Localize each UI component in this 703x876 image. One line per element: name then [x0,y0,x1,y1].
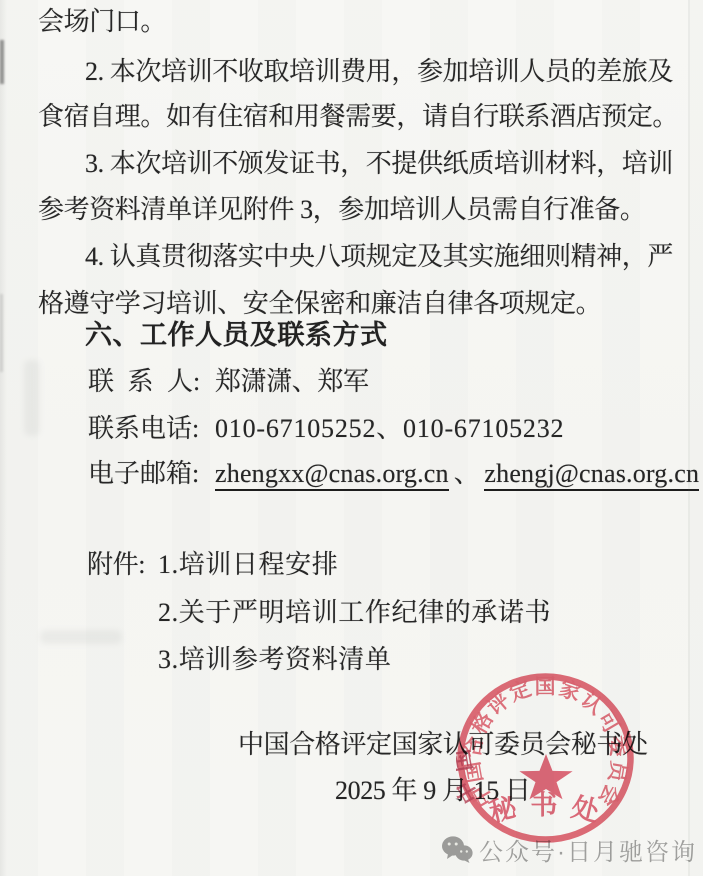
paragraph-line: 3. 本次培训不颁发证书，不提供纸质培训材料，培训 [85,148,673,180]
seal-bottom-text: 秘书处 [486,790,601,828]
contact-phone-row: 联系电话:010-67105252、010-67105232 [88,413,564,445]
watermark-text: 公众号·日月驰咨询 [479,832,697,867]
attachments-label: 附件: [87,549,145,581]
contact-person-value: 郑潇潇、郑军 [215,367,369,396]
scan-edge-artifact [0,40,4,84]
scan-edge-artifact [0,294,3,372]
contact-phone-label: 联系电话: [88,413,215,445]
wechat-icon [441,835,473,863]
email-address: zhengxx@cnas.org.cn [215,459,449,491]
contact-email-label: 电子邮箱: [88,458,215,490]
email-separator: 、 [454,459,480,488]
scan-bleed-artifact [40,630,122,644]
scan-bleed-artifact [24,360,40,436]
paragraph-line: 2. 本次培训不收取培训费用，参加培训人员的差旅及 [85,56,673,88]
section-heading: 六、工作人员及联系方式 [85,319,388,351]
paragraph-line: 4. 认真贯彻落实中央八项规定及其实施细则精神，严 [85,241,673,273]
paragraph-line: 参考资料清单详见附件 3，参加培训人员需自行准备。 [38,194,646,226]
contact-person-label: 联 系 人: [88,366,215,398]
attachment-item: 2.关于严明培训工作纪律的承诺书 [158,597,551,629]
paragraph-line: 食宿自理。如有住宿和用餐需要，请自行联系酒店预定。 [38,101,678,133]
scanned-notice-page: 会场门口。 2. 本次培训不收取培训费用，参加培训人员的差旅及 食宿自理。如有住… [0,0,703,876]
scan-edge-artifact [688,0,690,876]
contact-phone-value: 010-67105252、010-67105232 [215,414,564,443]
contact-person-row: 联 系 人:郑潇潇、郑军 [88,366,369,398]
contact-email-row: 电子邮箱:zhengxx@cnas.org.cn、zhengj@cnas.org… [88,458,699,490]
official-seal: 中国合格评定国家认可委员会 秘书处 国 中 [456,672,636,844]
paragraph-line: 会场门口。 [38,6,166,38]
attachment-item: 3.培训参考资料清单 [158,644,392,676]
paragraph-line: 格遵守学习培训、安全保密和廉洁自律各项规定。 [38,288,601,320]
official-seal-graphic: 中国合格评定国家认可委员会 秘书处 国 中 [456,672,636,844]
seal-double-strike-char: 国 [456,747,477,773]
attachment-item: 1.培训日程安排 [158,549,338,581]
watermark: 公众号·日月驰咨询 [441,834,697,864]
email-address: zhengj@cnas.org.cn [484,459,699,491]
